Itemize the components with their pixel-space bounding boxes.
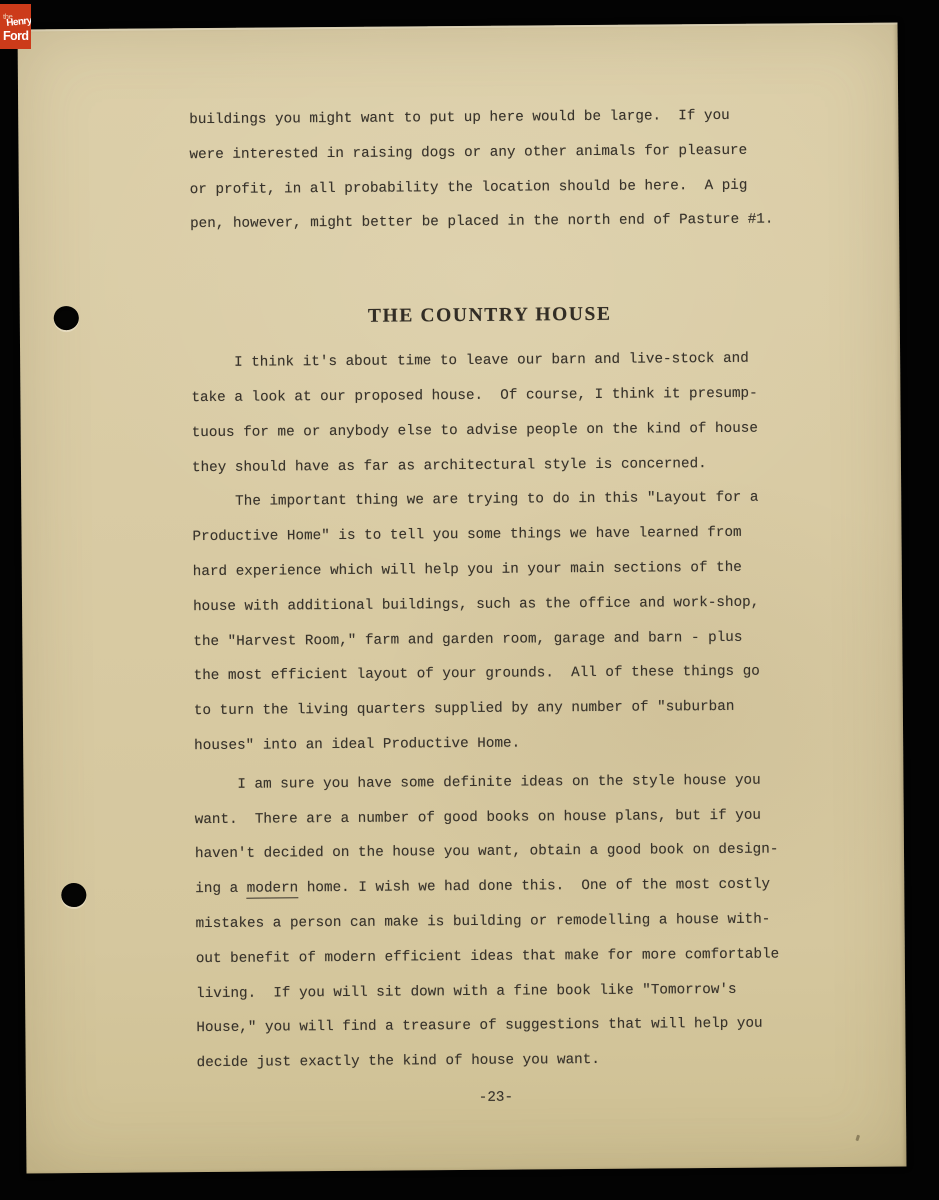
section-heading: THE COUNTRY HOUSE [191, 300, 789, 333]
paragraph-style-lines-after: mistakes a person can make is building o… [195, 902, 794, 1081]
paragraph-layout: The important thing we are trying to do … [192, 481, 792, 764]
underlined-word: modern [247, 880, 299, 898]
text-line: I am sure you have some definite ideas o… [194, 763, 792, 802]
typewritten-text: buildings you might want to put up here … [189, 98, 795, 1117]
text-line: living. If you will sit down with a fine… [196, 972, 794, 1011]
text-line: buildings you might want to put up here … [189, 98, 787, 137]
punch-hole-top [54, 306, 79, 330]
text-line: haven't decided on the house you want, o… [195, 833, 793, 872]
paragraph-style: I am sure you have some definite ideas o… [194, 763, 794, 1081]
text-line-with-underline: ing a modern home. I wish we had done th… [195, 868, 793, 907]
text-line: out benefit of modern efficient ideas th… [196, 937, 794, 976]
text-line: pen, however, might better be placed in … [190, 203, 788, 242]
text-line: decide just exactly the kind of house yo… [197, 1042, 795, 1081]
text-line: to turn the living quarters supplied by … [194, 690, 792, 729]
document-page: buildings you might want to put up here … [18, 23, 907, 1174]
logo-text-ford: Ford [3, 29, 28, 43]
text-line: The important thing we are trying to do … [192, 481, 790, 520]
text-line: I think it's about time to leave our bar… [191, 342, 789, 381]
scan-background: buildings you might want to put up here … [0, 0, 939, 1200]
paragraph-continuation: buildings you might want to put up here … [189, 98, 788, 242]
stray-mark [855, 1135, 860, 1142]
text-line: Productive Home" is to tell you some thi… [192, 516, 790, 555]
paragraph-intro: I think it's about time to leave our bar… [191, 342, 790, 486]
text-segment: ing a [195, 881, 247, 897]
text-line: the most efficient layout of your ground… [193, 655, 791, 694]
text-line: tuous for me or anybody else to advise p… [192, 411, 790, 450]
text-line: were interested in raising dogs or any o… [189, 133, 787, 172]
text-line: houses" into an ideal Productive Home. [194, 724, 792, 763]
text-line: hard experience which will help you in y… [193, 550, 791, 589]
text-line: they should have as far as architectural… [192, 446, 790, 485]
henry-ford-logo: the Henry Ford [0, 4, 31, 49]
text-line: the "Harvest Room," farm and garden room… [193, 620, 791, 659]
text-line: House," you will find a treasure of sugg… [196, 1007, 794, 1046]
text-line: take a look at our proposed house. Of co… [191, 376, 789, 415]
text-line: mistakes a person can make is building o… [195, 902, 793, 941]
text-line: want. There are a number of good books o… [195, 798, 793, 837]
text-line: or profit, in all probability the locati… [190, 168, 788, 207]
logo-text-henry: Henry [6, 15, 31, 29]
text-segment: home. I wish we had done this. One of th… [298, 877, 770, 897]
punch-hole-bottom [61, 883, 86, 907]
text-line: house with additional buildings, such as… [193, 585, 791, 624]
paragraph-style-lines-before: I am sure you have some definite ideas o… [194, 763, 793, 872]
page-number: -23- [197, 1078, 795, 1117]
